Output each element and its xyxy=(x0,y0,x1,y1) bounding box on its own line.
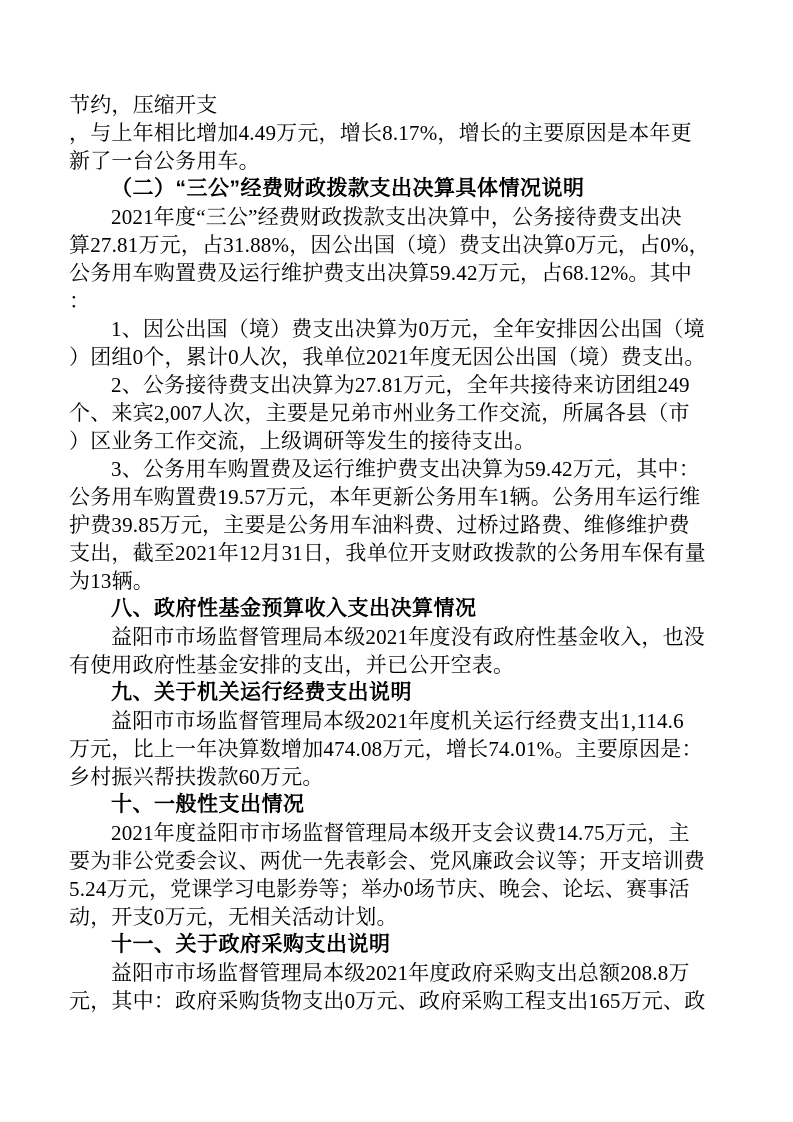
section-heading-line: 十一、关于政府采购支出说明 xyxy=(69,931,725,959)
text-line: ： xyxy=(69,287,725,315)
text-line: ）团组0个，累计0人次，我单位2021年度无因公出国（境）费支出。 xyxy=(69,343,725,371)
text-line: 个、来宾2,007人次，主要是兄弟市州业务工作交流，所属各县（市 xyxy=(69,399,725,427)
section-heading-line: （二）“三公”经费财政拨款支出决算具体情况说明 xyxy=(69,175,725,203)
text-line: 益阳市市场监督管理局本级2021年度机关运行经费支出1,114.6 xyxy=(69,707,725,735)
text-line: 节约，压缩开支 xyxy=(69,91,725,119)
text-line: 乡村振兴帮扶拨款60万元。 xyxy=(69,763,725,791)
document-body: 节约，压缩开支，与上年相比增加4.49万元，增长8.17%，增长的主要原因是本年… xyxy=(69,91,725,1015)
text-line: 1、因公出国（境）费支出决算为0万元，全年安排因公出国（境 xyxy=(69,315,725,343)
text-line: 新了一台公务用车。 xyxy=(69,147,725,175)
text-line: ）区业务工作交流，上级调研等发生的接待支出。 xyxy=(69,427,725,455)
section-heading-line: 九、关于机关运行经费支出说明 xyxy=(69,679,725,707)
text-line: 要为非公党委会议、两优一先表彰会、党风廉政会议等；开支培训费 xyxy=(69,847,725,875)
text-line: 万元，比上一年决算数增加474.08万元，增长74.01%。主要原因是： xyxy=(69,735,725,763)
text-line: 2021年度益阳市市场监督管理局本级开支会议费14.75万元，主 xyxy=(69,819,725,847)
text-line: 护费39.85万元，主要是公务用车油料费、过桥过路费、维修维护费 xyxy=(69,511,725,539)
text-line: 益阳市市场监督管理局本级2021年度没有政府性基金收入，也没 xyxy=(69,623,725,651)
text-line: 公务用车购置费19.57万元，本年更新公务用车1辆。公务用车运行维 xyxy=(69,483,725,511)
text-line: 公务用车购置费及运行维护费支出决算59.42万元，占68.12%。其中 xyxy=(69,259,725,287)
text-line: 动，开支0万元，无相关活动计划。 xyxy=(69,903,725,931)
text-line: 益阳市市场监督管理局本级2021年度政府采购支出总额208.8万 xyxy=(69,959,725,987)
document-page: 节约，压缩开支，与上年相比增加4.49万元，增长8.17%，增长的主要原因是本年… xyxy=(0,0,793,1122)
text-line: 元，其中：政府采购货物支出0万元、政府采购工程支出165万元、政 xyxy=(69,987,725,1015)
text-line: 2021年度“三公”经费财政拨款支出决算中，公务接待费支出决 xyxy=(69,203,725,231)
text-line: 算27.81万元，占31.88%，因公出国（境）费支出决算0万元，占0%， xyxy=(69,231,725,259)
text-line: ，与上年相比增加4.49万元，增长8.17%，增长的主要原因是本年更 xyxy=(69,119,725,147)
text-line: 3、公务用车购置费及运行维护费支出决算为59.42万元，其中： xyxy=(69,455,725,483)
text-line: 有使用政府性基金安排的支出，并已公开空表。 xyxy=(69,651,725,679)
section-heading-line: 八、政府性基金预算收入支出决算情况 xyxy=(69,595,725,623)
text-line: 2、公务接待费支出决算为27.81万元，全年共接待来访团组249 xyxy=(69,371,725,399)
section-heading-line: 十、一般性支出情况 xyxy=(69,791,725,819)
text-line: 支出，截至2021年12月31日，我单位开支财政拨款的公务用车保有量 xyxy=(69,539,725,567)
text-line: 为13辆。 xyxy=(69,567,725,595)
text-line: 5.24万元，党课学习电影券等；举办0场节庆、晚会、论坛、赛事活 xyxy=(69,875,725,903)
